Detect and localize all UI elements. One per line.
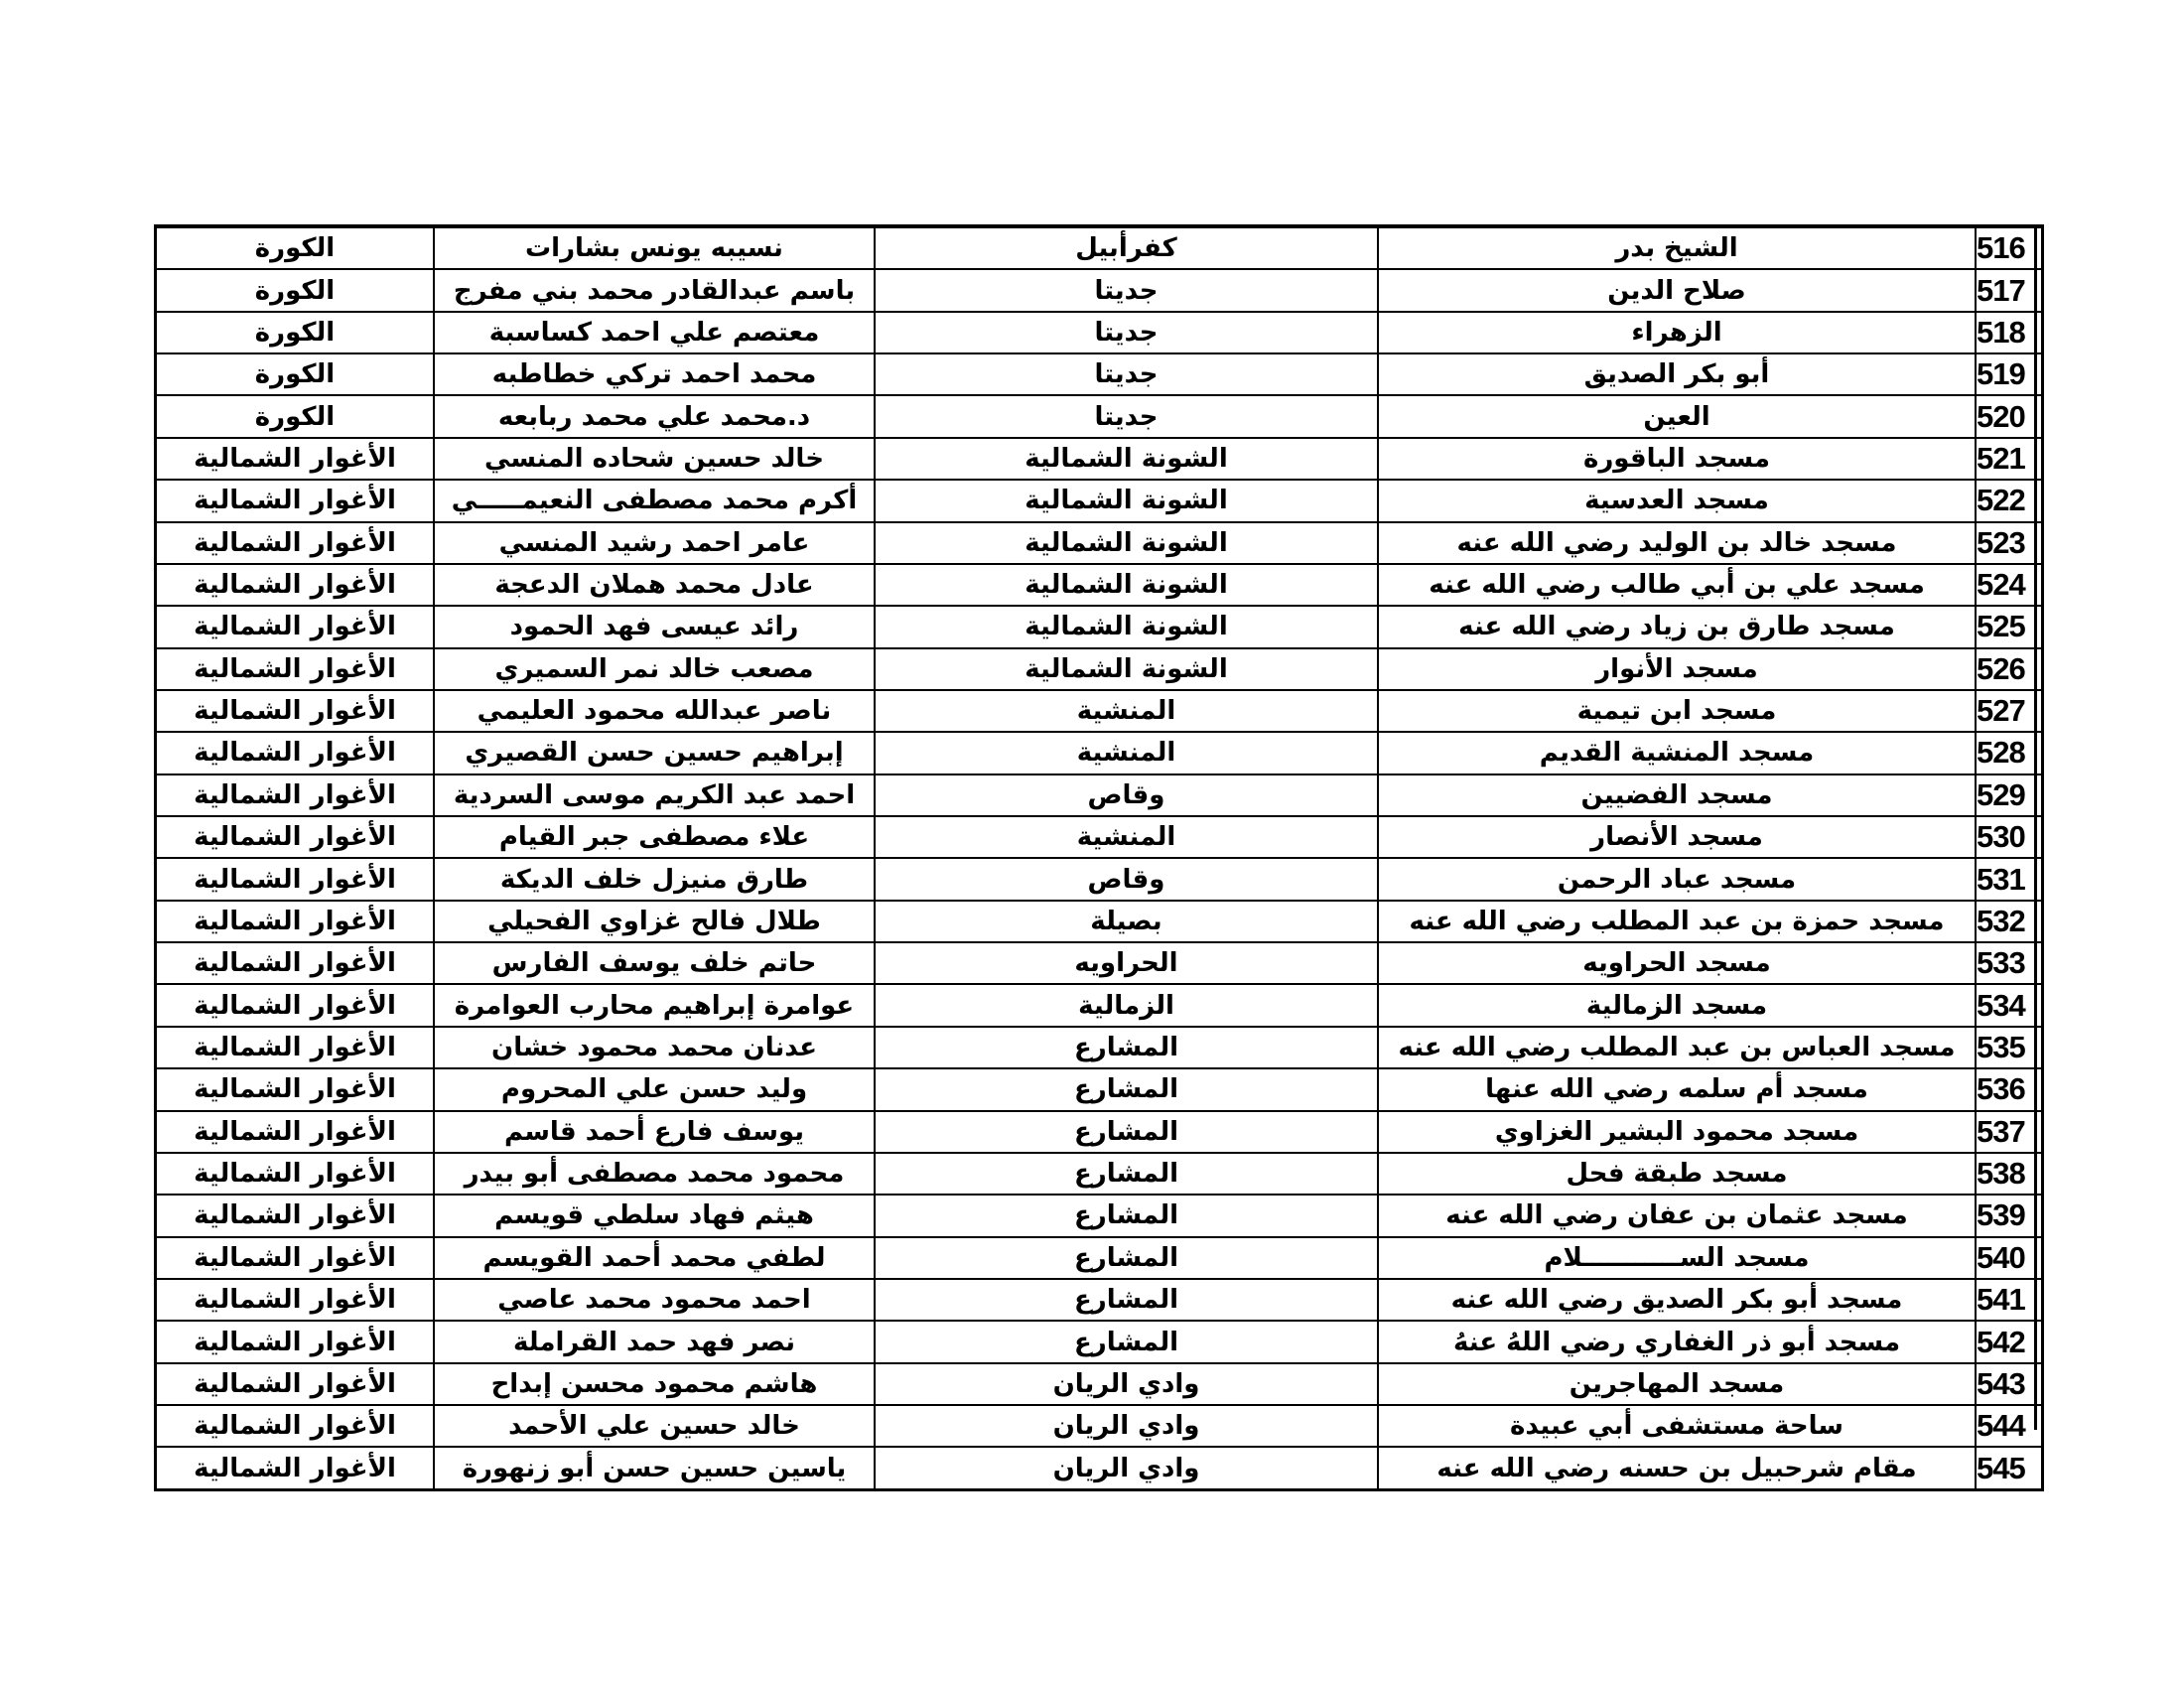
imam-name-cell: لطفي محمد أحمد القويسم [434,1237,875,1279]
town-cell: وقاص [875,858,1378,900]
mosque-name-cell: مسجد العدسية [1378,480,1976,521]
town-cell: الزمالية [875,984,1378,1026]
row-number-cell: 528 [1976,732,2043,774]
town-cell: المنشية [875,816,1378,858]
table-row: 544 ساحة مستشفى أبي عبيدة وادي الريان خا… [156,1405,2043,1447]
region-cell: الأغوار الشمالية [156,942,435,984]
imam-name-cell: علاء مصطفى جبر القيام [434,816,875,858]
imam-name-cell: باسم عبدالقادر محمد بني مفرج [434,269,875,311]
table-row: 522 مسجد العدسية الشونة الشمالية أكرم مح… [156,480,2043,521]
mosque-name-cell: مسجد علي بن أبي طالب رضي الله عنه [1378,564,1976,606]
row-number-cell: 536 [1976,1068,2043,1110]
imam-name-cell: هيثم فهاد سلطي قويسم [434,1195,875,1236]
region-cell: الأغوار الشمالية [156,1447,435,1489]
town-cell: المشارع [875,1279,1378,1321]
town-cell: المشارع [875,1153,1378,1195]
mosque-name-cell: مسجد أم سلمه رضي الله عنها [1378,1068,1976,1110]
row-number-cell: 522 [1976,480,2043,521]
imam-name-cell: مصعب خالد نمر السميري [434,648,875,690]
mosque-name-cell: مسجد المنشية القديم [1378,732,1976,774]
region-cell: الأغوار الشمالية [156,1153,435,1195]
table-row: 527 مسجد ابن تيمية المنشية ناصر عبدالله … [156,690,2043,732]
row-number-cell: 521 [1976,438,2043,480]
region-cell: الكورة [156,269,435,311]
row-number-cell: 530 [1976,816,2043,858]
mosque-name-cell: أبو بكر الصديق [1378,353,1976,395]
imam-name-cell: خالد حسين علي الأحمد [434,1405,875,1447]
imam-name-cell: رائد عيسى فهد الحمود [434,606,875,647]
table-row: 518 الزهراء جديتا معتصم علي احمد كساسبة … [156,312,2043,353]
row-number-cell: 532 [1976,901,2043,942]
imam-name-cell: معتصم علي احمد كساسبة [434,312,875,353]
imam-name-cell: ناصر عبدالله محمود العليمي [434,690,875,732]
town-cell: وادي الريان [875,1363,1378,1405]
row-number-cell: 516 [1976,226,2043,269]
region-cell: الأغوار الشمالية [156,774,435,816]
town-cell: جديتا [875,395,1378,437]
imam-name-cell: د.محمد علي محمد ربابعه [434,395,875,437]
row-number-cell: 526 [1976,648,2043,690]
row-number-cell: 533 [1976,942,2043,984]
row-number-cell: 518 [1976,312,2043,353]
mosque-name-cell: مسجد الزمالية [1378,984,1976,1026]
table-row: 545 مقام شرحبيل بن حسنه رضي الله عنه واد… [156,1447,2043,1489]
town-cell: المشارع [875,1237,1378,1279]
row-number-cell: 535 [1976,1027,2043,1068]
mosque-name-cell: مسجد طارق بن زياد رضي الله عنه [1378,606,1976,647]
region-cell: الأغوار الشمالية [156,1068,435,1110]
mosque-name-cell: مسجد أبو ذر الغفاري رضي اللهُ عنهُ [1378,1321,1976,1362]
imam-name-cell: إبراهيم حسين حسن القصيري [434,732,875,774]
imam-name-cell: طارق منيزل خلف الديكة [434,858,875,900]
region-cell: الأغوار الشمالية [156,732,435,774]
mosque-directory-table: 516 الشيخ بدر كفرأبيل نسيبه يونس بشارات … [154,224,2044,1491]
mosque-name-cell: مسجد عثمان بن عفان رضي الله عنه [1378,1195,1976,1236]
region-cell: الأغوار الشمالية [156,522,435,564]
row-number-cell: 519 [1976,353,2043,395]
region-cell: الأغوار الشمالية [156,901,435,942]
imam-name-cell: هاشم محمود محسن إبداح [434,1363,875,1405]
region-cell: الأغوار الشمالية [156,816,435,858]
mosque-name-cell: مسجد محمود البشير الغزاوي [1378,1111,1976,1153]
region-cell: الأغوار الشمالية [156,1321,435,1362]
imam-name-cell: خالد حسين شحاده المنسي [434,438,875,480]
imam-name-cell: ياسين حسين حسن أبو زنهورة [434,1447,875,1489]
table-row: 523 مسجد خالد بن الوليد رضي الله عنه الش… [156,522,2043,564]
mosque-name-cell: مسجد الفضيين [1378,774,1976,816]
region-cell: الأغوار الشمالية [156,984,435,1026]
town-cell: وادي الريان [875,1405,1378,1447]
row-number-cell: 539 [1976,1195,2043,1236]
imam-name-cell: عدنان محمد محمود خشان [434,1027,875,1068]
town-cell: وادي الريان [875,1447,1378,1489]
region-cell: الأغوار الشمالية [156,1405,435,1447]
table-right-edge-line [2034,224,2037,1430]
town-cell: جديتا [875,312,1378,353]
region-cell: الأغوار الشمالية [156,606,435,647]
mosque-name-cell: مقام شرحبيل بن حسنه رضي الله عنه [1378,1447,1976,1489]
table-row: 532 مسجد حمزة بن عبد المطلب رضي الله عنه… [156,901,2043,942]
mosque-name-cell: مسجد حمزة بن عبد المطلب رضي الله عنه [1378,901,1976,942]
mosque-name-cell: مسجد عباد الرحمن [1378,858,1976,900]
town-cell: المنشية [875,690,1378,732]
mosque-name-cell: مسجد الســـــــــــلام [1378,1237,1976,1279]
town-cell: الشونة الشمالية [875,564,1378,606]
mosque-name-cell: العين [1378,395,1976,437]
town-cell: الشونة الشمالية [875,648,1378,690]
region-cell: الأغوار الشمالية [156,648,435,690]
row-number-cell: 520 [1976,395,2043,437]
mosque-name-cell: مسجد الأنوار [1378,648,1976,690]
town-cell: الشونة الشمالية [875,606,1378,647]
table-row: 517 صلاح الدين جديتا باسم عبدالقادر محمد… [156,269,2043,311]
region-cell: الأغوار الشمالية [156,1279,435,1321]
table-row: 543 مسجد المهاجرين وادي الريان هاشم محمو… [156,1363,2043,1405]
town-cell: بصيلة [875,901,1378,942]
region-cell: الأغوار الشمالية [156,480,435,521]
region-cell: الأغوار الشمالية [156,564,435,606]
mosque-name-cell: مسجد الباقورة [1378,438,1976,480]
row-number-cell: 538 [1976,1153,2043,1195]
town-cell: الشونة الشمالية [875,480,1378,521]
table-body: 516 الشيخ بدر كفرأبيل نسيبه يونس بشارات … [156,226,2043,1489]
imam-name-cell: عوامرة إبراهيم محارب العوامرة [434,984,875,1026]
mosque-name-cell: مسجد الحراويه [1378,942,1976,984]
region-cell: الأغوار الشمالية [156,438,435,480]
region-cell: الكورة [156,395,435,437]
region-cell: الأغوار الشمالية [156,1195,435,1236]
row-number-cell: 534 [1976,984,2043,1026]
row-number-cell: 529 [1976,774,2043,816]
table-row: 519 أبو بكر الصديق جديتا محمد احمد تركي … [156,353,2043,395]
row-number-cell: 531 [1976,858,2043,900]
town-cell: الحراويه [875,942,1378,984]
row-number-cell: 523 [1976,522,2043,564]
table-row: 536 مسجد أم سلمه رضي الله عنها المشارع و… [156,1068,2043,1110]
table-row: 529 مسجد الفضيين وقاص احمد عبد الكريم مو… [156,774,2043,816]
town-cell: الشونة الشمالية [875,438,1378,480]
table-row: 530 مسجد الأنصار المنشية علاء مصطفى جبر … [156,816,2043,858]
imam-name-cell: أكرم محمد مصطفى النعيمـــــي [434,480,875,521]
region-cell: الأغوار الشمالية [156,1237,435,1279]
town-cell: المشارع [875,1111,1378,1153]
town-cell: جديتا [875,269,1378,311]
imam-name-cell: عامر احمد رشيد المنسي [434,522,875,564]
mosque-name-cell: مسجد المهاجرين [1378,1363,1976,1405]
region-cell: الأغوار الشمالية [156,1363,435,1405]
row-number-cell: 537 [1976,1111,2043,1153]
region-cell: الأغوار الشمالية [156,1111,435,1153]
town-cell: كفرأبيل [875,226,1378,269]
row-number-cell: 527 [1976,690,2043,732]
row-number-cell: 542 [1976,1321,2043,1362]
region-cell: الكورة [156,353,435,395]
imam-name-cell: محمود محمد مصطفى أبو بيدر [434,1153,875,1195]
town-cell: المشارع [875,1068,1378,1110]
imam-name-cell: نصر فهد حمد القراملة [434,1321,875,1362]
row-number-cell: 524 [1976,564,2043,606]
imam-name-cell: يوسف فارع أحمد قاسم [434,1111,875,1153]
imam-name-cell: حاتم خلف يوسف الفارس [434,942,875,984]
region-cell: الكورة [156,312,435,353]
mosque-name-cell: مسجد الأنصار [1378,816,1976,858]
table-row: 531 مسجد عباد الرحمن وقاص طارق منيزل خلف… [156,858,2043,900]
table-row: 524 مسجد علي بن أبي طالب رضي الله عنه ال… [156,564,2043,606]
region-cell: الأغوار الشمالية [156,858,435,900]
mosque-name-cell: الزهراء [1378,312,1976,353]
table-row: 516 الشيخ بدر كفرأبيل نسيبه يونس بشارات … [156,226,2043,269]
table-row: 539 مسجد عثمان بن عفان رضي الله عنه المش… [156,1195,2043,1236]
imam-name-cell: احمد عبد الكريم موسى السردية [434,774,875,816]
table-row: 537 مسجد محمود البشير الغزاوي المشارع يو… [156,1111,2043,1153]
table-row: 521 مسجد الباقورة الشونة الشمالية خالد ح… [156,438,2043,480]
row-number-cell: 540 [1976,1237,2043,1279]
table-row: 541 مسجد أبو بكر الصديق رضي الله عنه الم… [156,1279,2043,1321]
row-number-cell: 545 [1976,1447,2043,1489]
mosque-name-cell: ساحة مستشفى أبي عبيدة [1378,1405,1976,1447]
town-cell: جديتا [875,353,1378,395]
mosque-name-cell: مسجد طبقة فحل [1378,1153,1976,1195]
table-row: 526 مسجد الأنوار الشونة الشمالية مصعب خا… [156,648,2043,690]
table-row: 538 مسجد طبقة فحل المشارع محمود محمد مصط… [156,1153,2043,1195]
imam-name-cell: محمد احمد تركي خطاطبه [434,353,875,395]
mosque-name-cell: الشيخ بدر [1378,226,1976,269]
row-number-cell: 525 [1976,606,2043,647]
imam-name-cell: عادل محمد هملان الدعجة [434,564,875,606]
mosque-name-cell: مسجد العباس بن عبد المطلب رضي الله عنه [1378,1027,1976,1068]
table-row: 533 مسجد الحراويه الحراويه حاتم خلف يوسف… [156,942,2043,984]
document-page: 516 الشيخ بدر كفرأبيل نسيبه يونس بشارات … [0,0,2184,1688]
mosque-name-cell: مسجد ابن تيمية [1378,690,1976,732]
town-cell: وقاص [875,774,1378,816]
town-cell: المشارع [875,1195,1378,1236]
town-cell: المشارع [875,1027,1378,1068]
table-row: 542 مسجد أبو ذر الغفاري رضي اللهُ عنهُ ا… [156,1321,2043,1362]
row-number-cell: 543 [1976,1363,2043,1405]
town-cell: المنشية [875,732,1378,774]
row-number-cell: 517 [1976,269,2043,311]
region-cell: الكورة [156,226,435,269]
region-cell: الأغوار الشمالية [156,690,435,732]
imam-name-cell: نسيبه يونس بشارات [434,226,875,269]
town-cell: المشارع [875,1321,1378,1362]
table-row: 520 العين جديتا د.محمد علي محمد ربابعه ا… [156,395,2043,437]
town-cell: الشونة الشمالية [875,522,1378,564]
imam-name-cell: طلال فالح غزاوي الفحيلي [434,901,875,942]
table-row: 535 مسجد العباس بن عبد المطلب رضي الله ع… [156,1027,2043,1068]
table-row: 540 مسجد الســـــــــــلام المشارع لطفي … [156,1237,2043,1279]
table-row: 525 مسجد طارق بن زياد رضي الله عنه الشون… [156,606,2043,647]
imam-name-cell: احمد محمود محمد عاصي [434,1279,875,1321]
region-cell: الأغوار الشمالية [156,1027,435,1068]
row-number-cell: 544 [1976,1405,2043,1447]
table-row: 534 مسجد الزمالية الزمالية عوامرة إبراهي… [156,984,2043,1026]
row-number-cell: 541 [1976,1279,2043,1321]
mosque-name-cell: مسجد أبو بكر الصديق رضي الله عنه [1378,1279,1976,1321]
mosque-name-cell: مسجد خالد بن الوليد رضي الله عنه [1378,522,1976,564]
imam-name-cell: وليد حسن علي المحروم [434,1068,875,1110]
table-row: 528 مسجد المنشية القديم المنشية إبراهيم … [156,732,2043,774]
mosque-name-cell: صلاح الدين [1378,269,1976,311]
